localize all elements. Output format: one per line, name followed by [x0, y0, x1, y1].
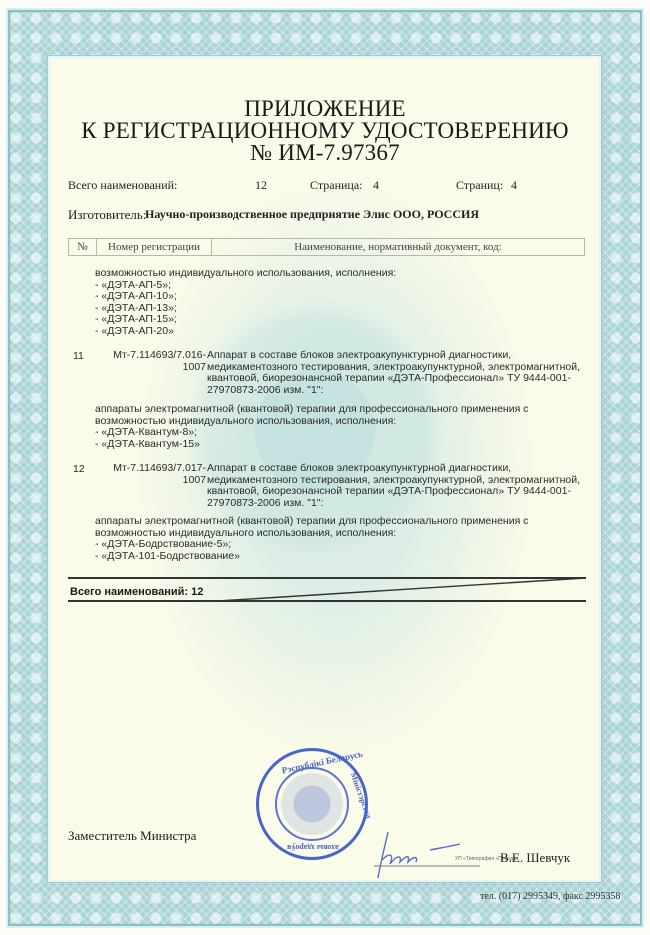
- registration-line: 1007: [183, 361, 206, 373]
- page-label: Страница:: [310, 178, 363, 193]
- continuation-line: - «ДЭТА-АП-13»;: [95, 302, 177, 314]
- stamp-text-bottom: аховы здароўя: [287, 843, 339, 852]
- detail-line: - «ДЭТА-Бодрствование-5»;: [95, 538, 231, 550]
- registration-line: Мт-7.114693/7.016-: [113, 349, 206, 361]
- page-value: 4: [373, 178, 379, 193]
- name-line: 27970873-2006 изм. "1":: [207, 497, 323, 509]
- manufacturer-label: Изготовитель:: [68, 207, 146, 223]
- pages-label: Страниц:: [456, 178, 503, 193]
- entry-name: Аппарат в составе блоков электроакупункт…: [207, 350, 580, 396]
- signatory-position: Заместитель Министра: [68, 828, 196, 844]
- col-header-registration: Номер регистрации: [97, 239, 212, 255]
- col-header-name: Наименование, нормативный документ, код:: [212, 239, 584, 255]
- name-line: квантовой, биорезонансной терапии «ДЭТА-…: [207, 372, 571, 384]
- title-line-2: К РЕГИСТРАЦИОННОМУ УДОСТОВЕРЕНИЮ: [0, 120, 650, 142]
- entry-number: 11: [73, 350, 84, 362]
- detail-line: - «ДЭТА-101-Бодрствование»: [95, 550, 240, 562]
- name-line: Аппарат в составе блоков электроакупункт…: [207, 462, 511, 474]
- entry-number: 12: [73, 463, 85, 475]
- detail-line: возможностью индивидуального использован…: [95, 527, 396, 539]
- entry-name: Аппарат в составе блоков электроакупункт…: [207, 463, 580, 509]
- pages-value: 4: [511, 178, 517, 193]
- certificate-number: № ИМ-7.97367: [0, 142, 650, 164]
- continuation-line: - «ДЭТА-АП-20»: [95, 325, 174, 337]
- name-line: медикаментозного тестирования, электроак…: [207, 361, 580, 373]
- detail-line: аппараты электромагнитной (квантовой) те…: [95, 403, 528, 415]
- continuation-line: возможностью индивидуального использован…: [95, 267, 396, 279]
- detail-line: возможностью индивидуального использован…: [95, 415, 396, 427]
- entry-registration: Мт-7.114693/7.017-1007: [96, 463, 206, 486]
- contact-info: тел. (017) 2995349, факс 2995358: [480, 891, 620, 902]
- name-line: Аппарат в составе блоков электроакупункт…: [207, 349, 511, 361]
- total-items-label: Всего наименований:: [68, 178, 177, 193]
- coat-of-arms-icon: [275, 767, 349, 841]
- entry-details: аппараты электромагнитной (квантовой) те…: [95, 516, 528, 562]
- signatory-name: В.Е. Шевчук: [500, 850, 570, 866]
- detail-line: - «ДЭТА-Квантум-15»: [95, 438, 200, 450]
- manufacturer-value: Научно-производственное предприятие Элис…: [145, 207, 479, 222]
- name-line: квантовой, биорезонансной терапии «ДЭТА-…: [207, 485, 571, 497]
- divider-bottom: [68, 600, 586, 602]
- entry-details: аппараты электромагнитной (квантовой) те…: [95, 404, 528, 450]
- continuation-line: - «ДЭТА-АП-10»;: [95, 290, 177, 302]
- detail-line: - «ДЭТА-Квантум-8»;: [95, 426, 197, 438]
- signature-icon: [360, 820, 480, 880]
- table-header: № Номер регистрации Наименование, нормат…: [68, 238, 585, 256]
- official-stamp-icon: Рэспублікі Беларусь Міністэрства аховы з…: [256, 748, 368, 860]
- continuation-block: возможностью индивидуального использован…: [95, 268, 396, 338]
- registration-line: 1007: [183, 474, 206, 486]
- detail-line: аппараты электромагнитной (квантовой) те…: [95, 515, 528, 527]
- entry-registration: Мт-7.114693/7.016-1007: [96, 350, 206, 373]
- total-items-value: 12: [255, 178, 267, 193]
- continuation-line: - «ДЭТА-АП-15»;: [95, 313, 177, 325]
- continuation-line: - «ДЭТА-АП-5»;: [95, 279, 171, 291]
- name-line: медикаментозного тестирования, электроак…: [207, 474, 580, 486]
- col-header-no: №: [69, 239, 97, 255]
- registration-line: Мт-7.114693/7.017-: [113, 462, 206, 474]
- title-line-1: ПРИЛОЖЕНИЕ: [0, 98, 650, 120]
- name-line: 27970873-2006 изм. "1":: [207, 384, 323, 396]
